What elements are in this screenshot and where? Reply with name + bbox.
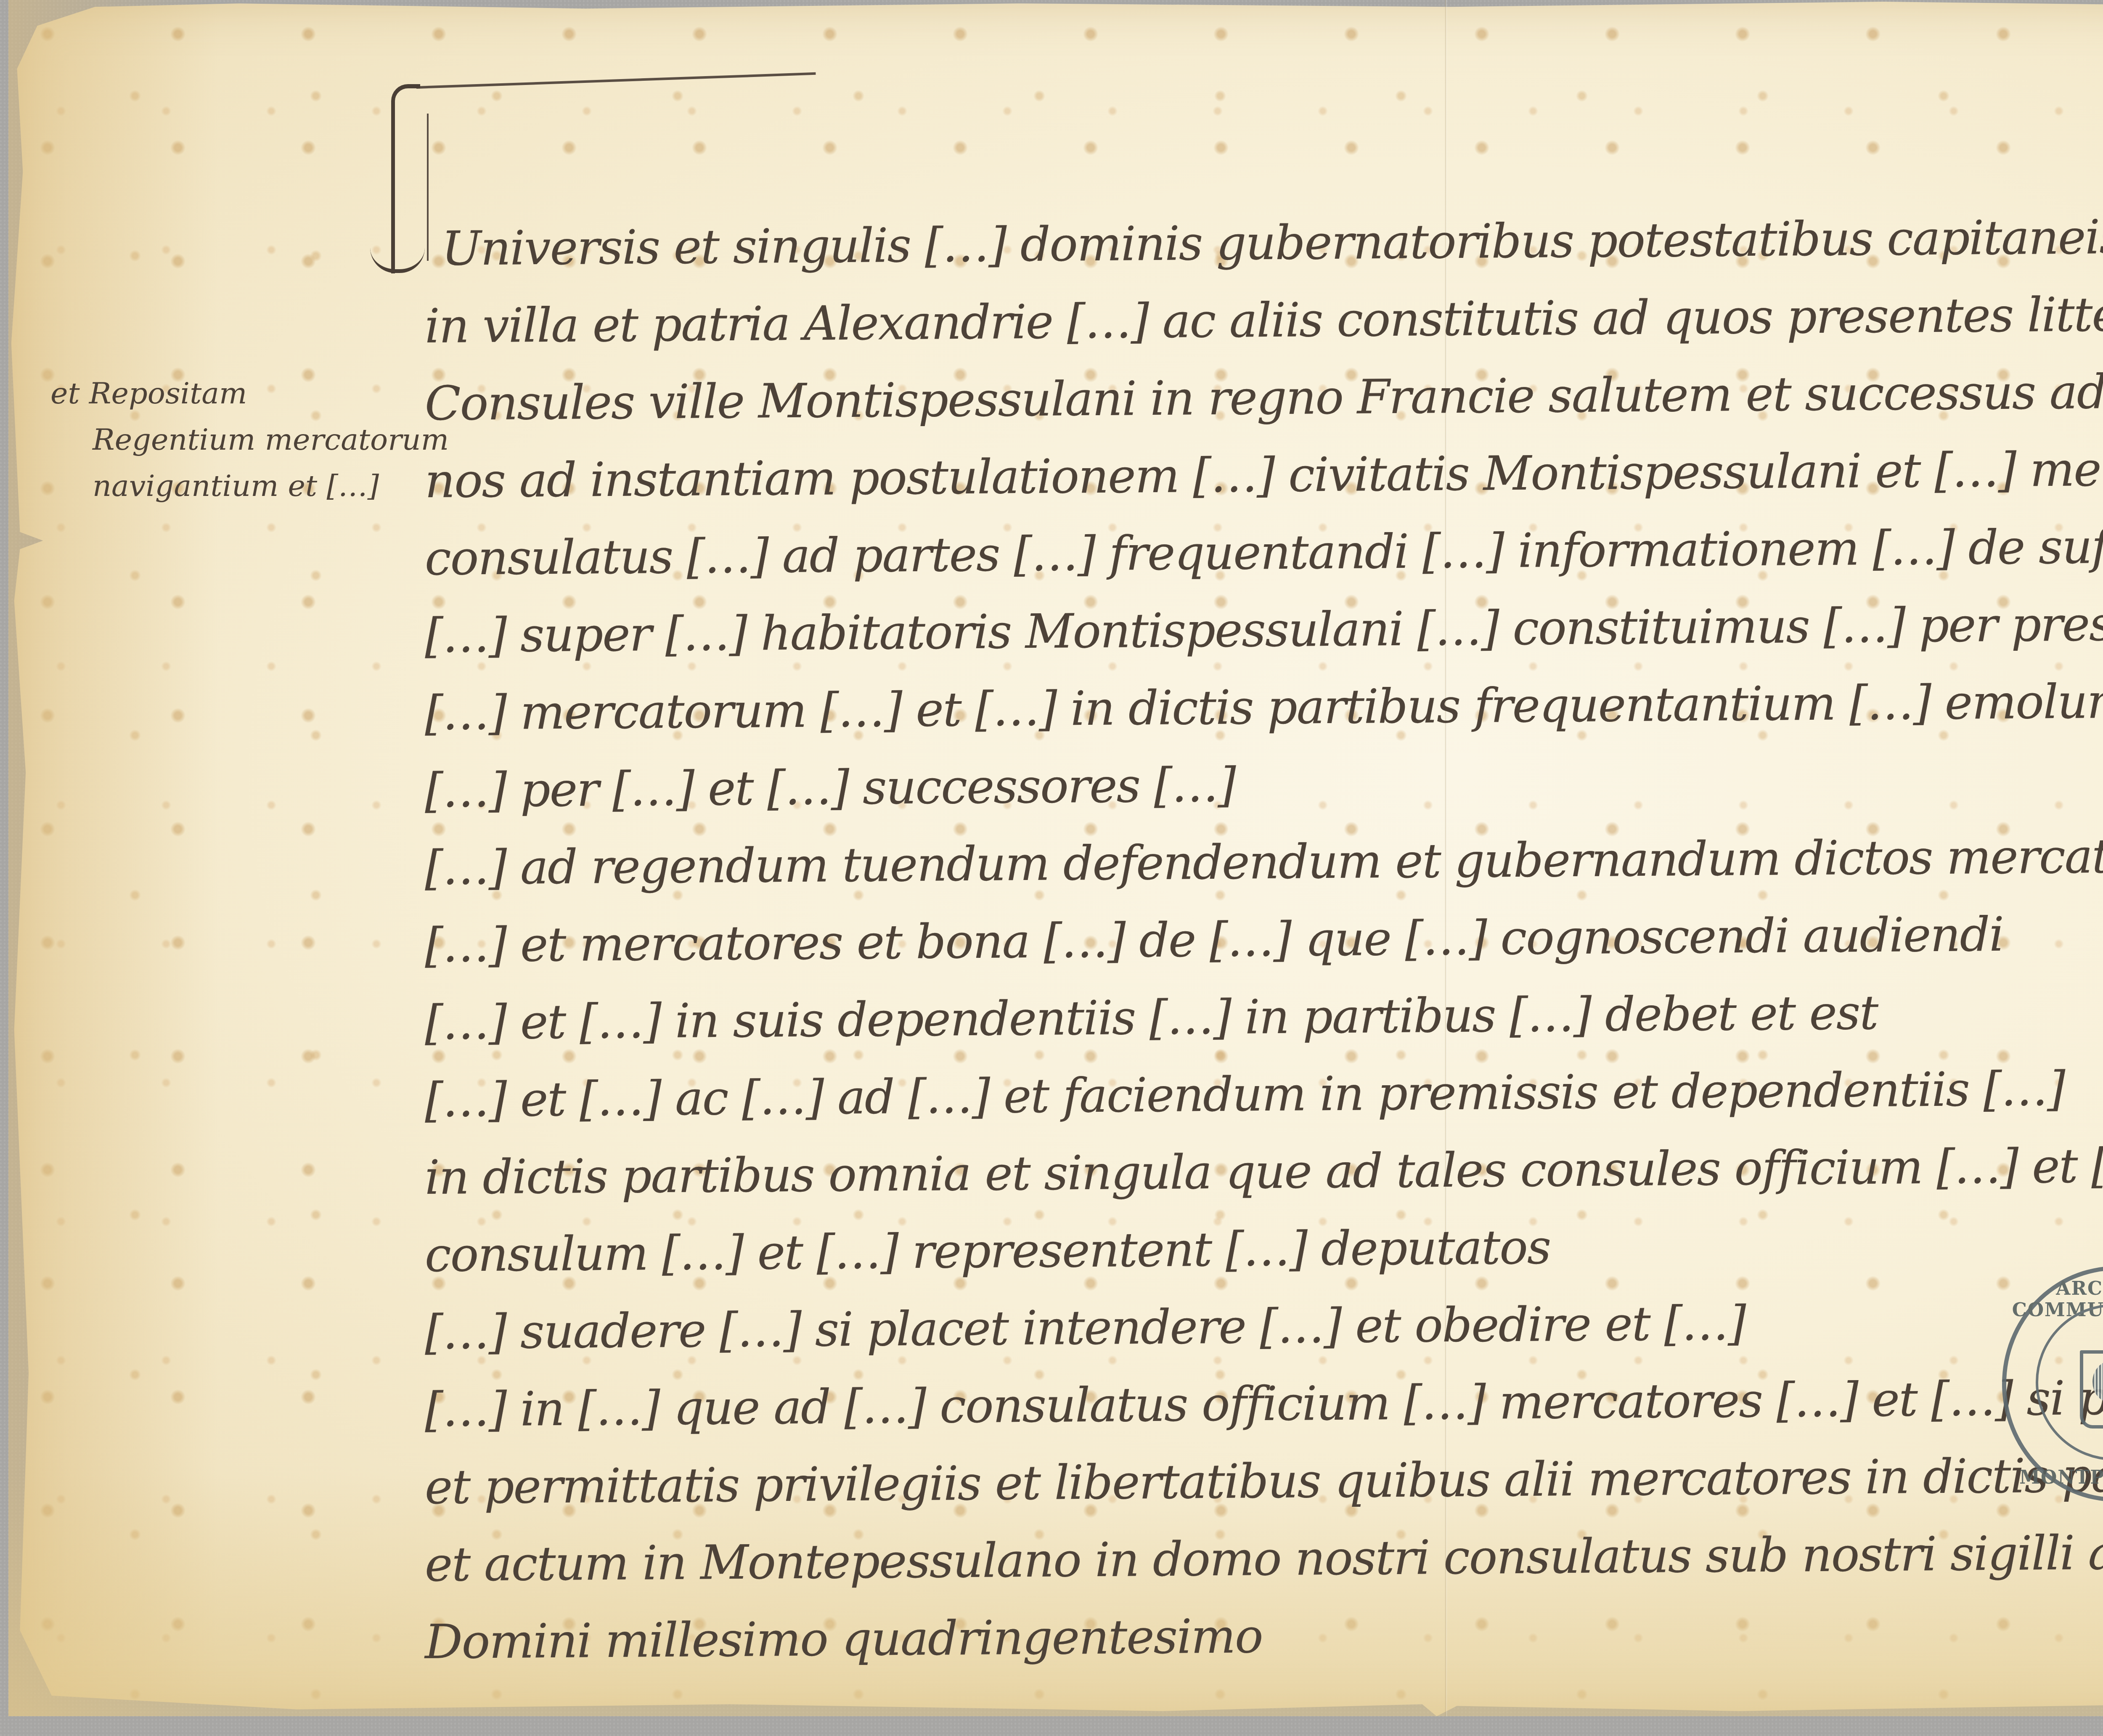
margin-note-line: et Repositam — [50, 370, 429, 416]
margin-note-line: Regentium mercatorum — [50, 416, 429, 463]
stamp-text-bottom: MONTPELLIER ✱ — [2006, 1467, 2103, 1488]
charter-main-text: Universis et singulis […] dominis gubern… — [425, 210, 2103, 1681]
margin-note-line: navigantium et […] — [50, 463, 429, 509]
edge-stain-left — [8, 0, 219, 1716]
margin-annotation: et Repositam Regentium mercatorum naviga… — [50, 370, 429, 509]
